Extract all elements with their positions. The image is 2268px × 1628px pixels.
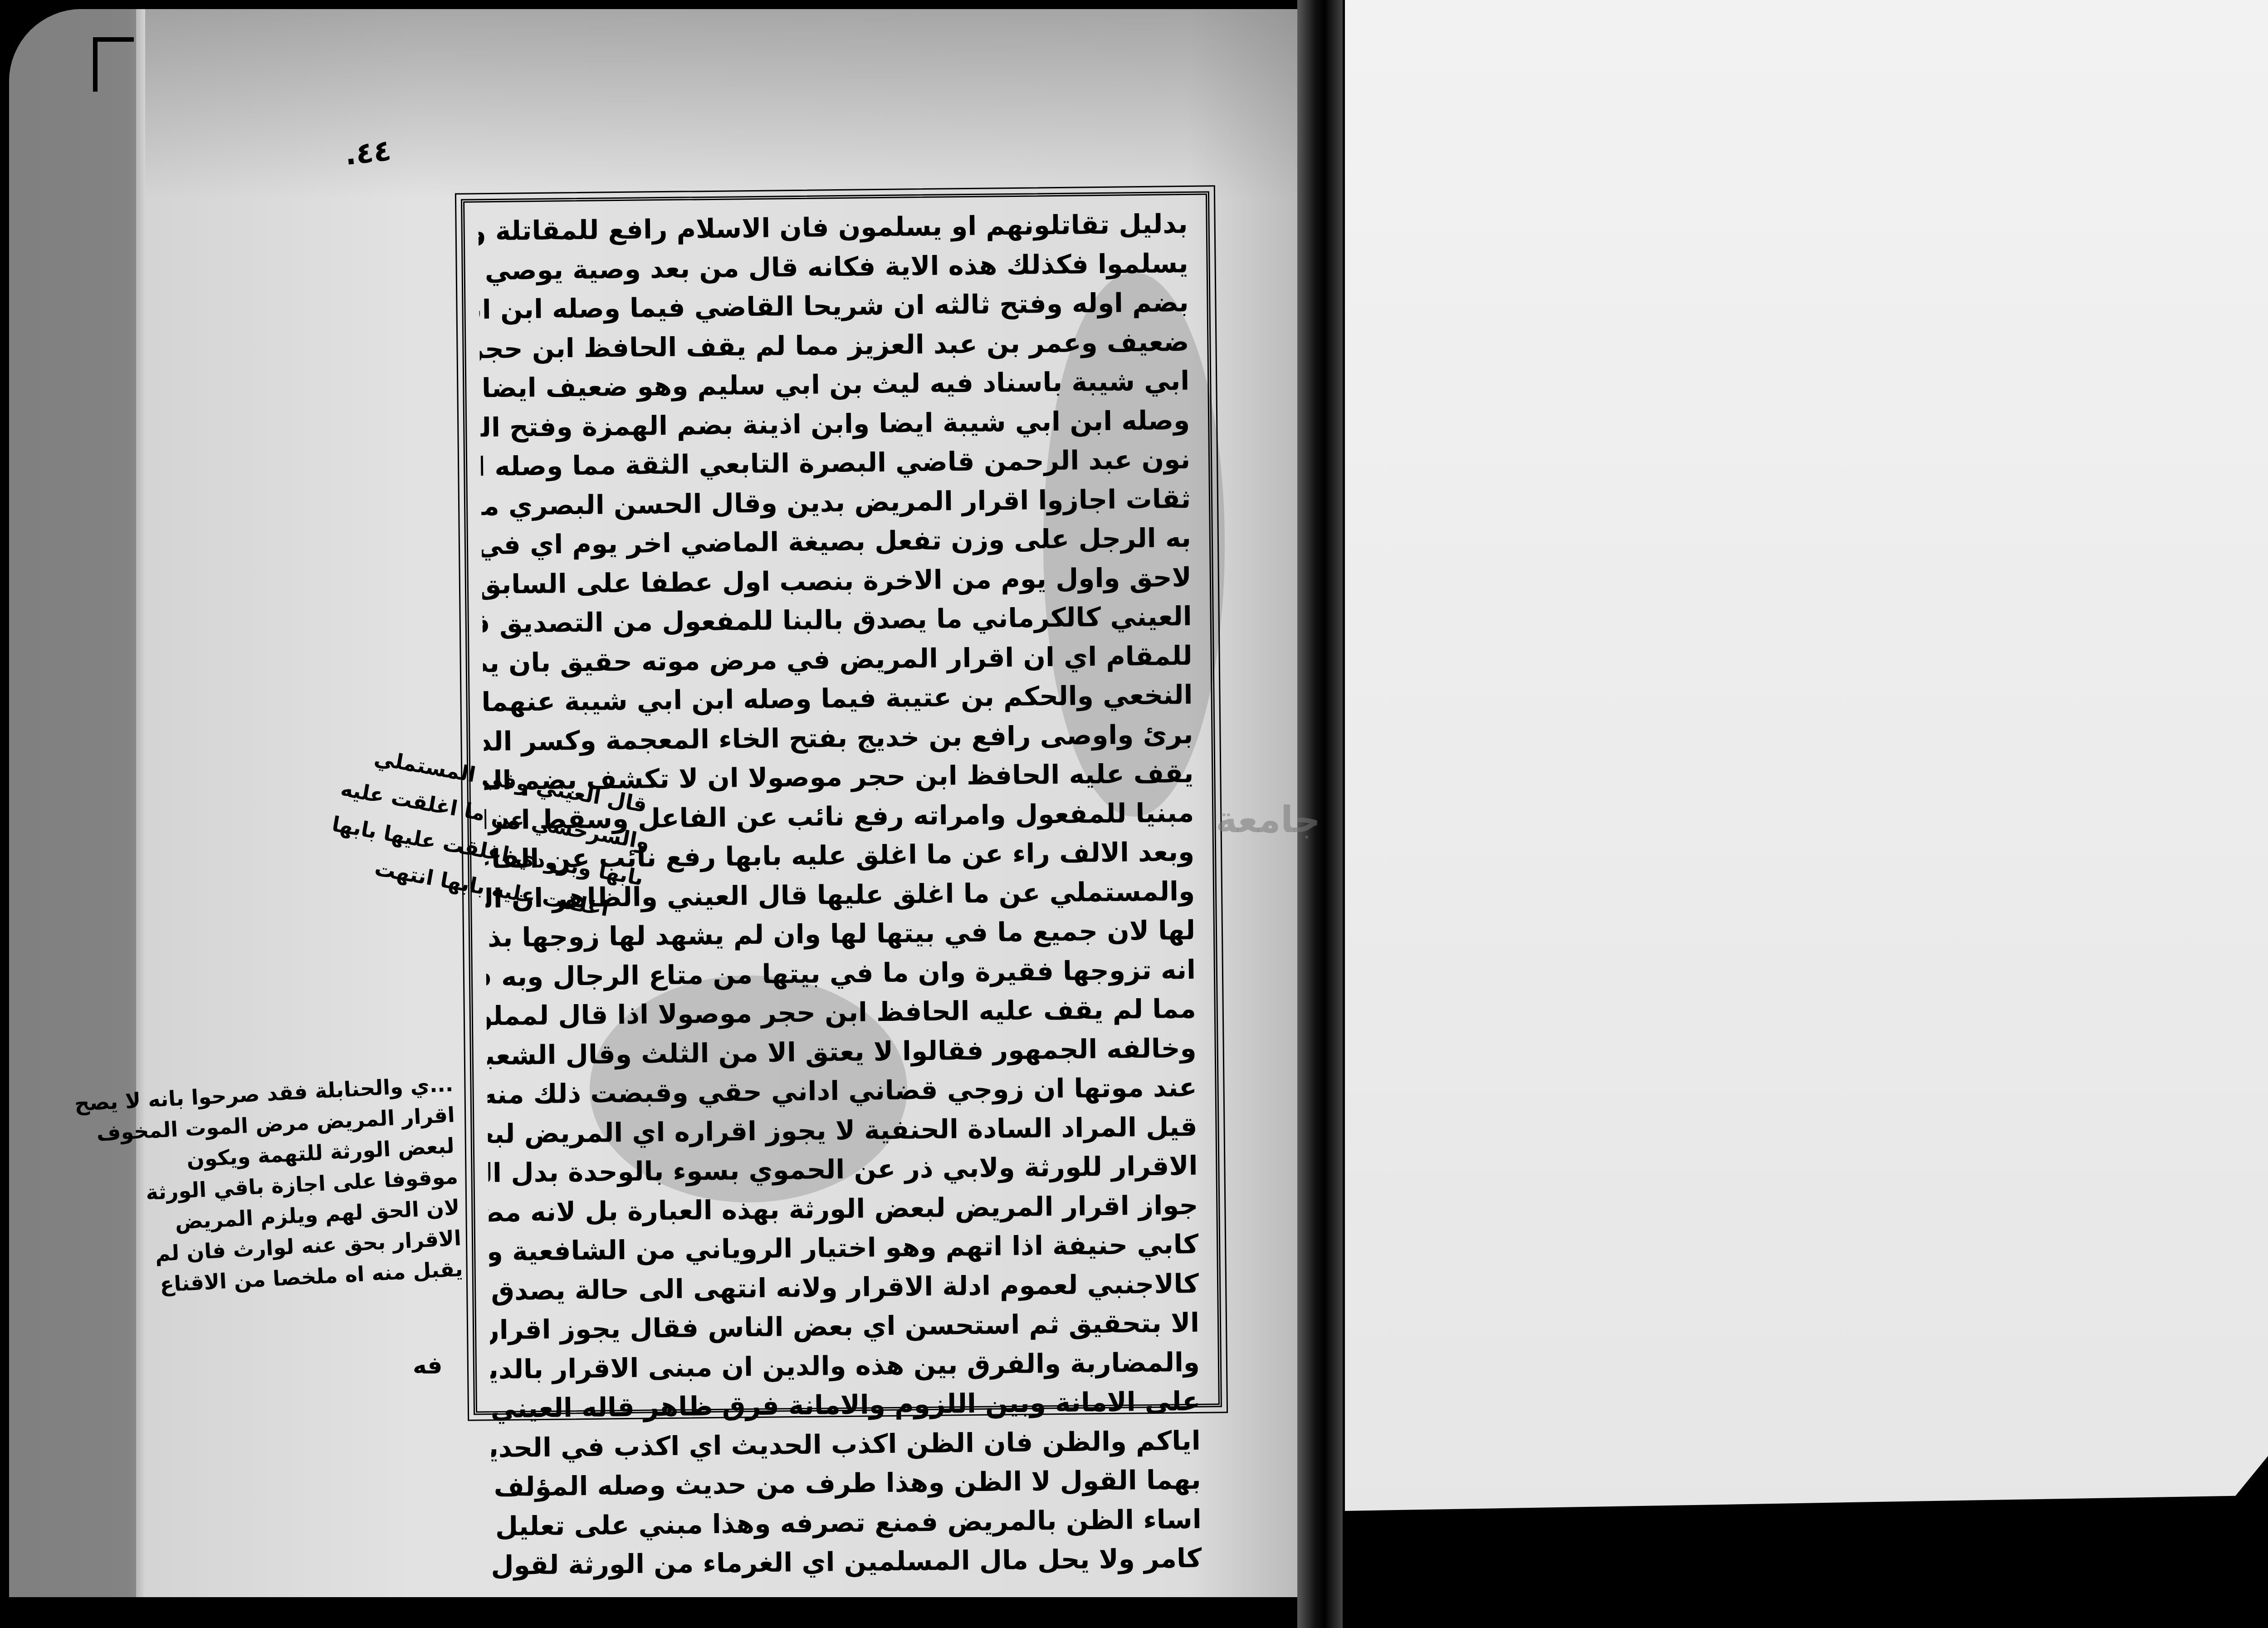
folio-number: ٤٤. [343, 134, 393, 172]
text-line: يسلموا فكذلك هذه الاية فكانه قال من بعد … [479, 243, 1188, 290]
text-line: مما لم يقف عليه الحافظ ابن حجر موصولا اذ… [486, 989, 1196, 1036]
water-stain [145, 9, 1302, 200]
text-line: على الامانة وبين اللزوم والامانة فرق ظاه… [490, 1382, 1200, 1428]
catchword: فه [413, 1352, 443, 1379]
page-edge-shadow [9, 9, 136, 1597]
text-line: ابي شيبة باسناد فيه ليث بن ابي سليم وهو … [480, 361, 1190, 408]
text-line: للمقام اي ان اقرار المريض في مرض موته حق… [483, 636, 1193, 682]
corner-bracket-mark [93, 37, 134, 92]
library-watermark: جامعة [1216, 799, 1320, 841]
text-line: الا بتحقيق ثم استحسن اي بعض الناس فقال ي… [490, 1303, 1200, 1350]
text-line: وخالفه الجمهور فقالوا لا يعتق الا من الث… [487, 1028, 1197, 1075]
text-line: اياكم والظن فان الظن اكذب الحديث اي اكذب… [491, 1421, 1201, 1467]
text-line: انه تزوجها فقيرة وان ما في بيتها من متاع… [486, 950, 1196, 996]
text-line: كالاجنبي لعموم ادلة الاقرار ولانه انتهى … [489, 1264, 1199, 1310]
text-line: اساء الظن بالمريض فمنع تصرفه وهذا مبني ع… [492, 1499, 1202, 1546]
text-line: بضم اوله وفتح ثالثه ان شريحا القاضي فيما… [479, 283, 1189, 329]
text-line: عند موتها ان زوجي قضاني اداني حقي وقبضت … [487, 1068, 1197, 1114]
text-line: والمضاربة والفرق بين هذه والدين ان مبنى … [490, 1342, 1200, 1389]
text-line: وصله ابن ابي شيبة ايضا وابن اذينة بضم ال… [480, 400, 1190, 447]
text-line: الاقرار للورثة ولابي ذر عن الحموي بسوء ب… [488, 1146, 1198, 1193]
text-line: جواز اقرار المريض لبعض الورثة بهذه العبا… [489, 1185, 1198, 1232]
text-line: ضعيف وعمر بن عبد العزيز مما لم يقف الحاف… [479, 322, 1189, 368]
text-line: بهما القول لا الظن وهذا طرف من حديث وصله… [491, 1460, 1201, 1507]
text-line: ثقات اجازوا اقرار المريض بدين وقال الحسن… [481, 479, 1191, 525]
text-line: قيل المراد السادة الحنفية لا يجوز اقراره… [488, 1107, 1198, 1153]
text-line: بدليل تقاتلونهم او يسلمون فان الاسلام را… [478, 204, 1188, 251]
text-line: نون عبد الرحمن قاضي البصرة التابعي الثقة… [481, 440, 1191, 486]
text-line: به الرجل على وزن تفعل بصيغة الماضي اخر ي… [482, 518, 1192, 565]
text-line: لاحق واول يوم من الاخرة بنصب اول عطفا عل… [482, 557, 1192, 604]
margin-note-2: ...ي والحنابلة فقد صرحوا بانه لا يصحاقرا… [181, 1069, 464, 1299]
text-line: النخعي والحكم بن عتيبة فيما وصله ابن ابي… [483, 675, 1193, 722]
right-blank-page [1345, 0, 2268, 1511]
text-line: كامر ولا يحل مال المسلمين اي الغرماء من … [492, 1539, 1202, 1585]
text-line: العيني كالكرماني ما يصدق بالبنا للمفعول … [482, 597, 1192, 643]
text-line: برئ واوصى رافع بن خديج بفتح الخاء المعجم… [484, 714, 1193, 761]
text-line: كابي حنيفة اذا اتهم وهو اختيار الروياني … [489, 1225, 1199, 1271]
